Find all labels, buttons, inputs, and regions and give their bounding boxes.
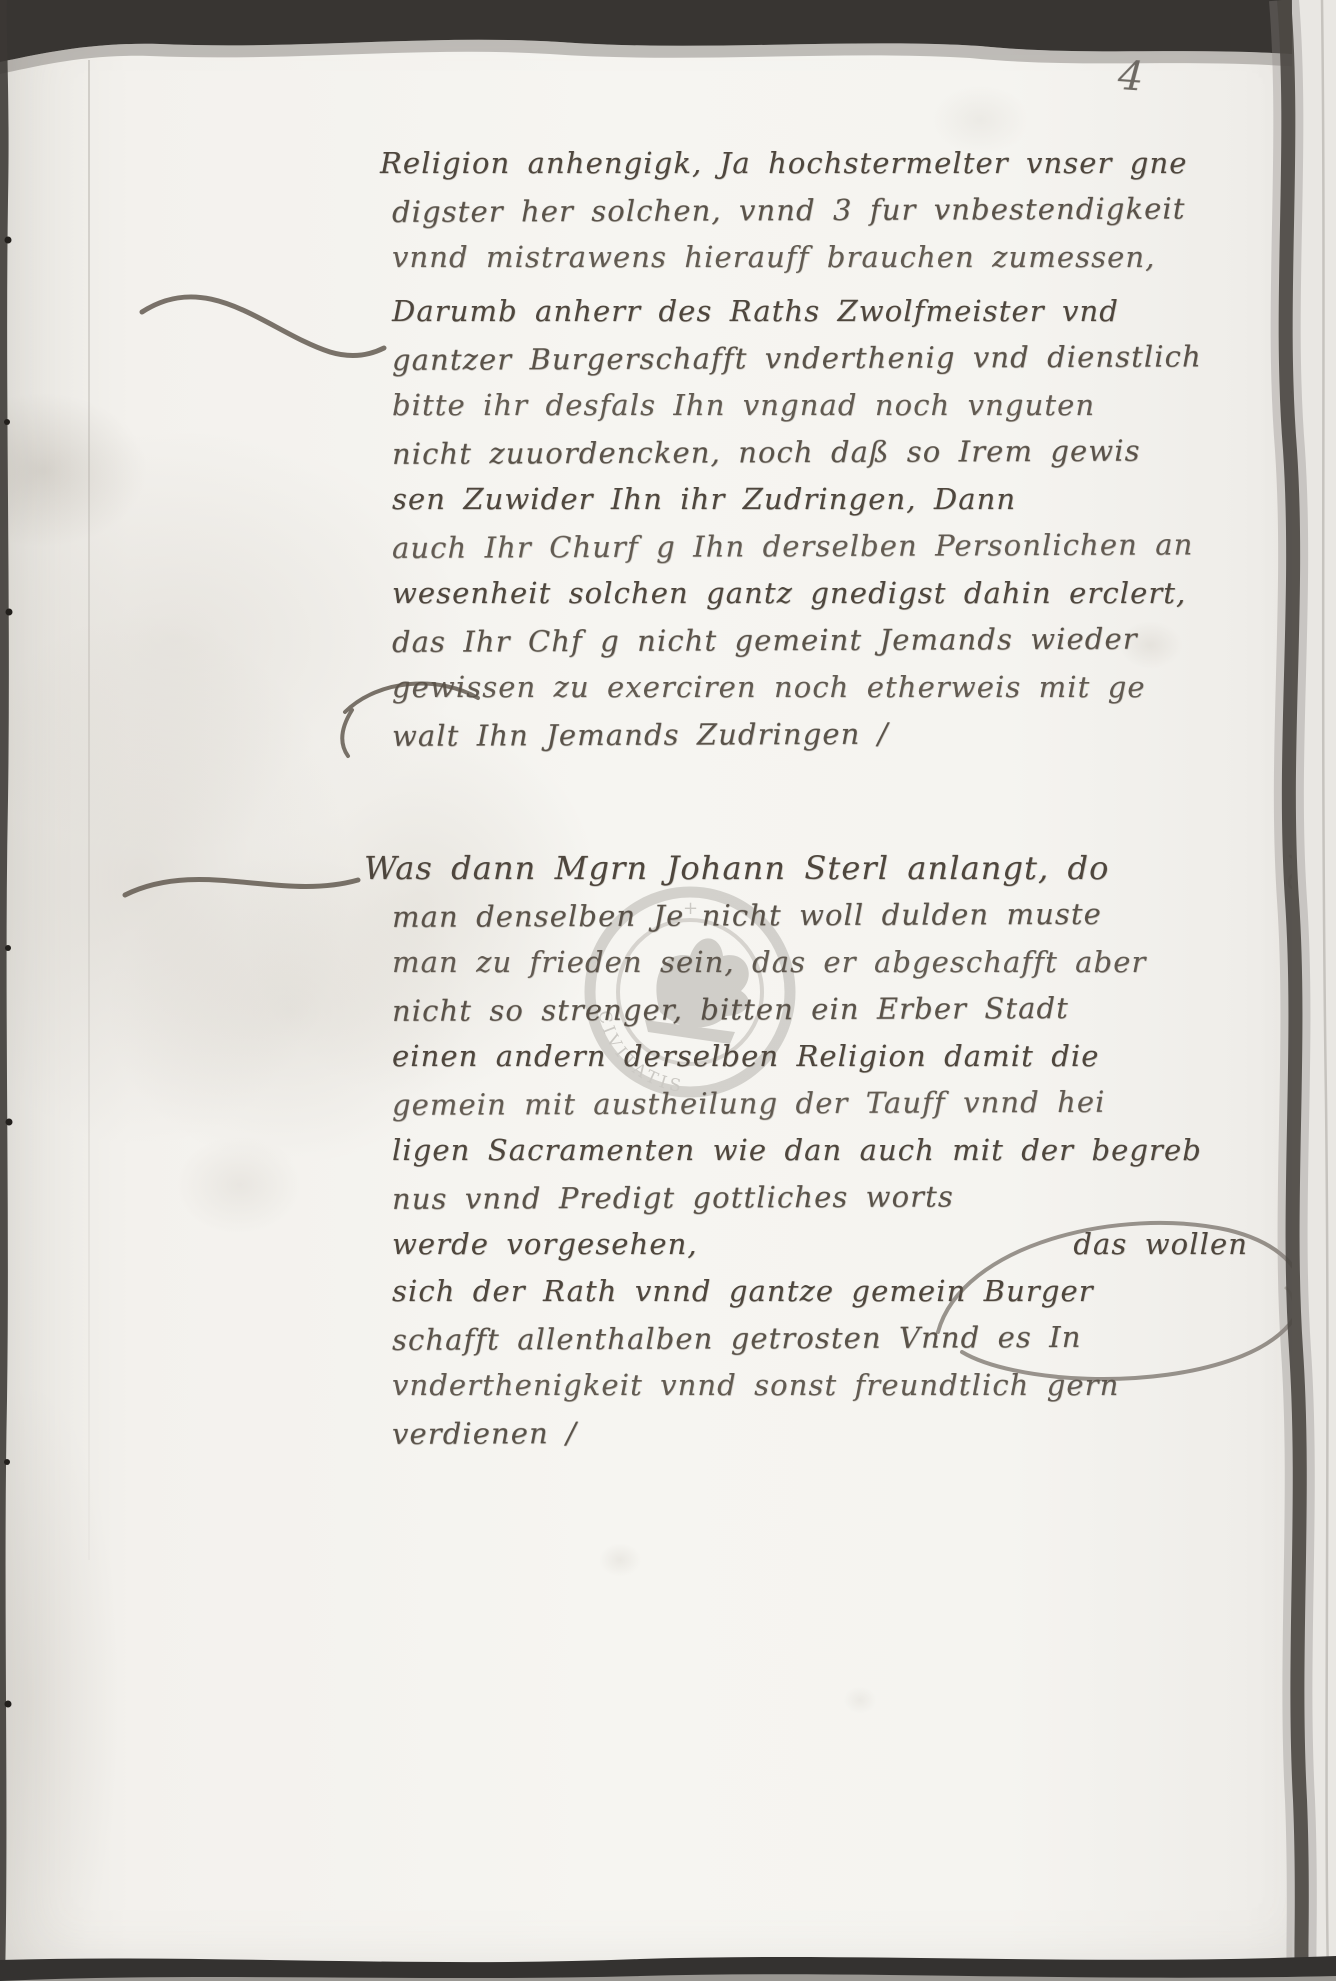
bottom-background	[0, 1966, 1336, 1981]
manuscript-line: vnnd mistrawens hierauff brauchen zumess…	[392, 234, 1262, 281]
manuscript-line: einen andern derselben Religion damit di…	[392, 1033, 1262, 1080]
manuscript-line: wesenheit solchen gantz gnedigst dahin e…	[392, 570, 1262, 617]
ink-mark	[1292, 392, 1302, 428]
manuscript-line: nicht so strenger, bitten ein Erber Stad…	[392, 984, 1262, 1035]
manuscript-line: gantzer Burgerschafft vnderthenig vnd di…	[392, 333, 1262, 384]
manuscript-line: das wollen	[1073, 1221, 1248, 1268]
manuscript-line: Religion anhengigk, Ja hochstermelter vn…	[380, 140, 1262, 187]
manuscript-scan: CIVITATIS + 4 Religion anhengigk, Ja hoc…	[0, 0, 1336, 1981]
manuscript-paragraph-3: Was dann Mgrn Johann Sterl anlangt, doma…	[392, 845, 1262, 1221]
manuscript-line: Darumb anherr des Raths Zwolfmeister vnd	[392, 288, 1262, 335]
manuscript-line: vnderthenigkeit vnnd sonst freundtlich g…	[392, 1362, 1262, 1409]
ink-mark	[1289, 856, 1302, 887]
manuscript-paragraph-3-continued: sich der Rath vnnd gantze gemein Burgers…	[392, 1268, 1262, 1456]
binding-stitches	[4, 237, 13, 1708]
fore-edge-pages	[1292, 0, 1336, 1981]
flourish-paragraph3	[125, 880, 358, 895]
manuscript-split-line: werde vorgesehen, das wollen	[392, 1221, 1248, 1268]
page-number: 4	[1117, 56, 1180, 100]
manuscript-line: verdienen /	[392, 1407, 1262, 1458]
manuscript-line: man denselben Je nicht woll dulden muste	[392, 890, 1262, 941]
flourish-paragraph2	[142, 297, 384, 356]
page-edge-soft	[1284, 0, 1302, 1981]
manuscript-line: ligen Sacramenten wie dan auch mit der b…	[392, 1127, 1262, 1174]
manuscript-line: gewissen zu exerciren noch etherweis mit…	[392, 664, 1262, 711]
manuscript-line: werde vorgesehen,	[392, 1221, 698, 1268]
top-edge-band	[0, 0, 1336, 62]
manuscript-paragraph-1: Religion anhengigk, Ja hochstermelter vn…	[392, 140, 1262, 281]
manuscript-paragraph-2: Darumb anherr des Raths Zwolfmeister vnd…	[392, 288, 1262, 758]
manuscript-line: auch Ihr Churf g Ihn derselben Personlic…	[392, 521, 1262, 572]
manuscript-line: gemein mit austheilung der Tauff vnnd he…	[392, 1078, 1262, 1129]
ink-mark	[1286, 1288, 1300, 1316]
manuscript-line: digster her solchen, vnnd 3 fur vnbesten…	[392, 185, 1262, 236]
manuscript-line: Was dann Mgrn Johann Sterl anlangt, do	[364, 845, 1262, 892]
manuscript-line: man zu frieden sein, das er abgeschafft …	[392, 939, 1262, 986]
ink-mark	[1298, 610, 1310, 644]
manuscript-line: sen Zuwider Ihn ihr Zudringen, Dann	[392, 476, 1262, 523]
manuscript-line: das Ihr Chf g nicht gemeint Jemands wied…	[392, 615, 1262, 666]
manuscript-line: bitte ihr desfals Ihn vngnad noch vngute…	[392, 382, 1262, 429]
manuscript-line: schafft allenthalben getrosten Vnnd es I…	[392, 1313, 1262, 1364]
manuscript-line: walt Ihn Jemands Zudringen /	[392, 709, 1262, 760]
manuscript-line: nicht zuuordencken, noch daß so Irem gew…	[392, 427, 1262, 478]
manuscript-line: sich der Rath vnnd gantze gemein Burger	[392, 1268, 1262, 1315]
paper-crease	[88, 60, 90, 1560]
bottom-edge-band	[0, 1956, 1336, 1981]
fore-edge-line	[1322, 0, 1328, 1981]
manuscript-line: nus vnnd Predigt gottliches worts	[392, 1172, 1262, 1223]
top-background	[0, 0, 1336, 34]
page-edge-dark	[1284, 0, 1302, 1981]
left-binding-edge	[0, 0, 9, 1981]
